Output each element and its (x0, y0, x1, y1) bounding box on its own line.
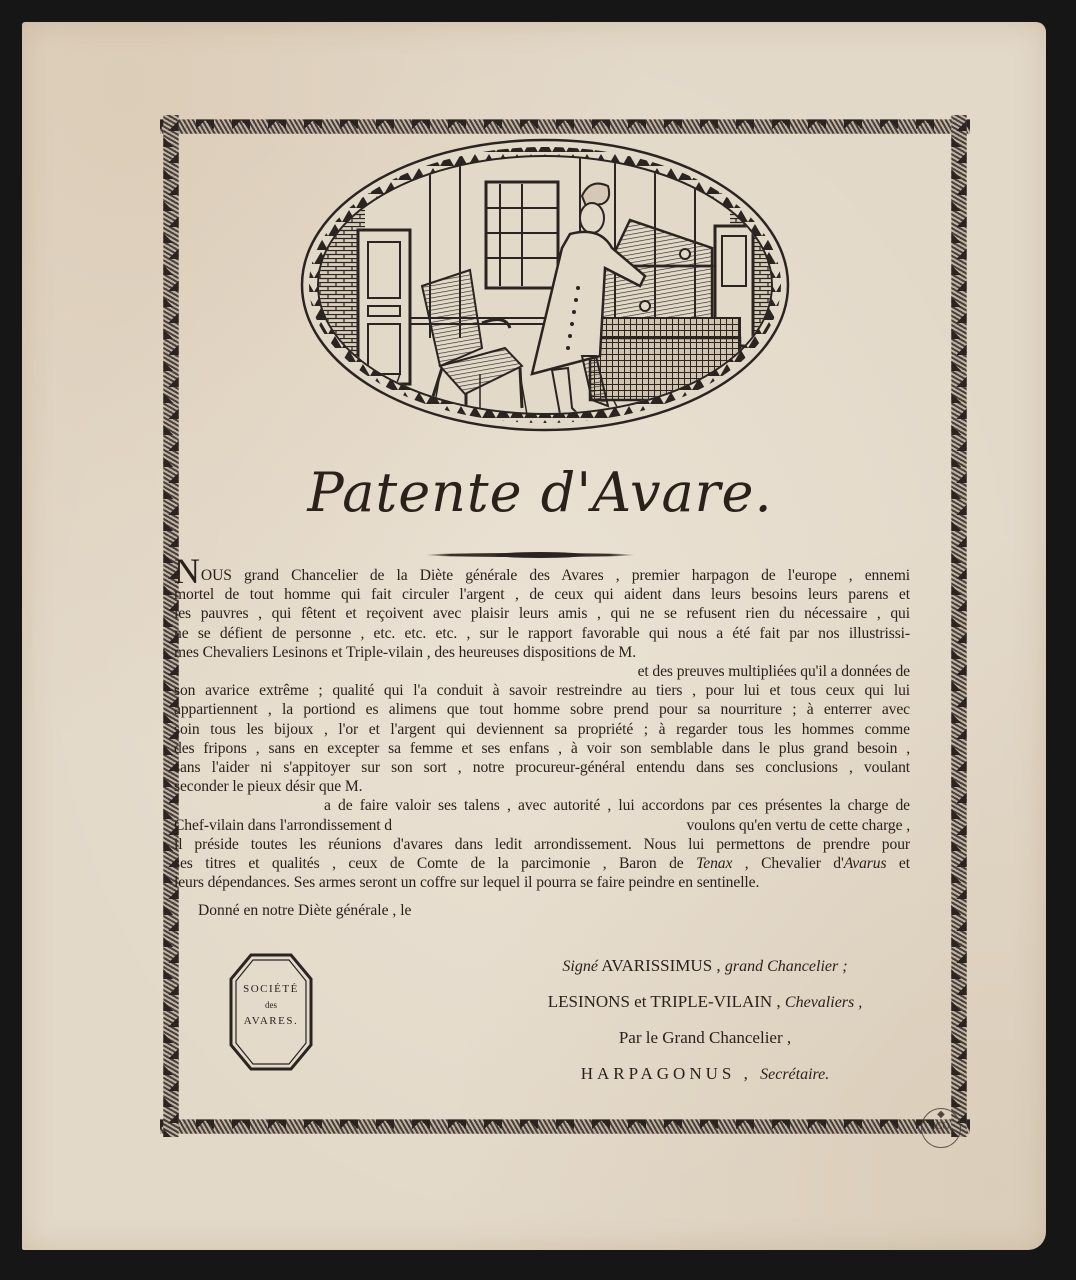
border-bottom (160, 1115, 970, 1137)
body-line-14: Chef-vilain dans l'arrondissement d voul… (174, 816, 910, 835)
given-at-line: Donné en notre Diète générale , le (198, 902, 411, 920)
border-top (160, 115, 970, 137)
body-line-8: appartiennent , la portiond es alimens q… (174, 700, 910, 719)
body-line-15: il préside toutes les réunions d'avares … (174, 835, 910, 854)
body-line-7: son avarice extrême ; qualité qui l'a co… (174, 681, 910, 700)
blank-arrondissement-prefix: Chef-vilain dans l'arrondissement d (174, 816, 392, 835)
body-line-16: ses titres et qualités , ceux de Comte d… (174, 854, 910, 873)
library-ownership-stamp: ◆ ICO (921, 1108, 961, 1148)
body-line-11: sans l'aider ni s'appitoyer sur son sort… (174, 758, 910, 777)
body-line-1: NOUS grand Chancelier de la Diète généra… (174, 562, 910, 585)
body-line-9: soin tous les bijoux , l'or et l'argent … (174, 720, 910, 739)
stamp-mark-icon: ◆ (922, 1109, 960, 1121)
signature-chancellor: Signé AVARISSIMUS , grand Chancelier ; (460, 948, 950, 984)
signature-secretary: HARPAGONUS , Secrétaire. (460, 1056, 950, 1092)
societe-des-avares-seal: SOCIÉTÉ des AVARES. (229, 953, 313, 1071)
body-line-6: et des preuves multipliées qu'il a donné… (174, 662, 910, 681)
body-line-3: les pauvres , qui fêtent et reçoivent av… (174, 604, 910, 623)
body-line-2: mortel de tout homme qui fait circuler l… (174, 585, 910, 604)
body-line-5: mes Chevaliers Lesinons et Triple-vilain… (174, 643, 910, 662)
oval-woodcut-illustration (300, 138, 790, 432)
signature-by-chancellor: Par le Grand Chancelier , (460, 1020, 950, 1056)
seal-line-3: AVARES. (229, 1013, 313, 1029)
signature-knights: LESINONS et TRIPLE-VILAIN , Chevaliers , (460, 984, 950, 1020)
body-line-13: a de faire valoir ses talens , avec auto… (174, 796, 910, 815)
document-title: Patente d'Avare. (260, 458, 820, 528)
title-divider-rule (425, 553, 635, 557)
body-line-17: leurs dépendances. Ses armes seront un c… (174, 873, 910, 892)
body-line-4: ne se défient de personne , etc. etc. et… (174, 624, 910, 643)
blank-arrondissement-suffix: voulons qu'en vertu de cette charge , (686, 816, 910, 835)
body-line-10: des fripons , sans en excepter sa femme … (174, 739, 910, 758)
seal-line-2: des (229, 997, 313, 1013)
stamp-code: ICO (922, 1121, 960, 1133)
seal-line-1: SOCIÉTÉ (229, 981, 313, 997)
patent-body-text: NOUS grand Chancelier de la Diète généra… (174, 562, 910, 892)
body-line-12: seconder le pieux désir que M. (174, 777, 910, 796)
border-right (948, 115, 970, 1137)
signature-block: Signé AVARISSIMUS , grand Chancelier ; L… (460, 948, 950, 1092)
